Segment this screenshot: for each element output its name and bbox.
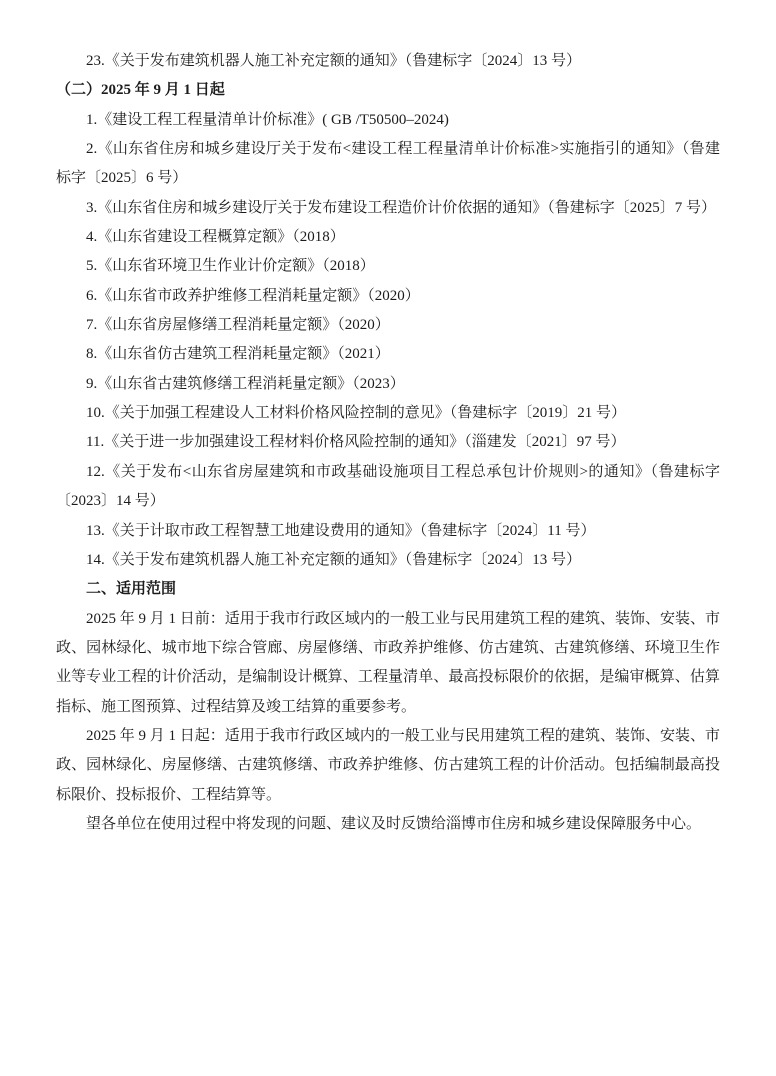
list-item-3: 3.《山东省住房和城乡建设厅关于发布建设工程造价计价依据的通知》（鲁建标字〔20…: [56, 194, 720, 223]
list-item-1: 1.《建设工程工程量清单计价标准》( GB /T50500–2024): [56, 106, 720, 135]
list-item-14: 14.《关于发布建筑机器人施工补充定额的通知》（鲁建标字〔2024〕13 号）: [56, 546, 720, 575]
list-item-9: 9.《山东省古建筑修缮工程消耗量定额》（2023）: [56, 370, 720, 399]
list-item-10: 10.《关于加强工程建设人工材料价格风险控制的意见》（鲁建标字〔2019〕21 …: [56, 399, 720, 428]
document-page: 23.《关于发布建筑机器人施工补充定额的通知》（鲁建标字〔2024〕13 号） …: [0, 0, 776, 1076]
list-item-8: 8.《山东省仿古建筑工程消耗量定额》（2021）: [56, 340, 720, 369]
list-item-13: 13.《关于计取市政工程智慧工地建设费用的通知》（鲁建标字〔2024〕11 号）: [56, 517, 720, 546]
list-item-2: 2.《山东省住房和城乡建设厅关于发布<建设工程工程量清单计价标准>实施指引的通知…: [56, 135, 720, 194]
list-item-6: 6.《山东省市政养护维修工程消耗量定额》（2020）: [56, 282, 720, 311]
list-item-11: 11.《关于进一步加强建设工程材料价格风险控制的通知》（淄建发〔2021〕97 …: [56, 428, 720, 457]
list-item-4: 4.《山东省建设工程概算定额》（2018）: [56, 223, 720, 252]
section-heading-scope: 二、适用范围: [56, 575, 720, 604]
section-heading-2: （二）2025 年 9 月 1 日起: [56, 76, 720, 105]
list-item-23: 23.《关于发布建筑机器人施工补充定额的通知》（鲁建标字〔2024〕13 号）: [56, 47, 720, 76]
list-item-12: 12.《关于发布<山东省房屋建筑和市政基础设施项目工程总承包计价规则>的通知》（…: [56, 458, 720, 517]
paragraph-scope-after: 2025 年 9 月 1 日起：适用于我市行政区域内的一般工业与民用建筑工程的建…: [56, 722, 720, 810]
list-item-5: 5.《山东省环境卫生作业计价定额》（2018）: [56, 252, 720, 281]
paragraph-scope-before: 2025 年 9 月 1 日前：适用于我市行政区域内的一般工业与民用建筑工程的建…: [56, 605, 720, 722]
paragraph-feedback: 望各单位在使用过程中将发现的问题、建议及时反馈给淄博市住房和城乡建设保障服务中心…: [56, 810, 720, 839]
list-item-7: 7.《山东省房屋修缮工程消耗量定额》（2020）: [56, 311, 720, 340]
